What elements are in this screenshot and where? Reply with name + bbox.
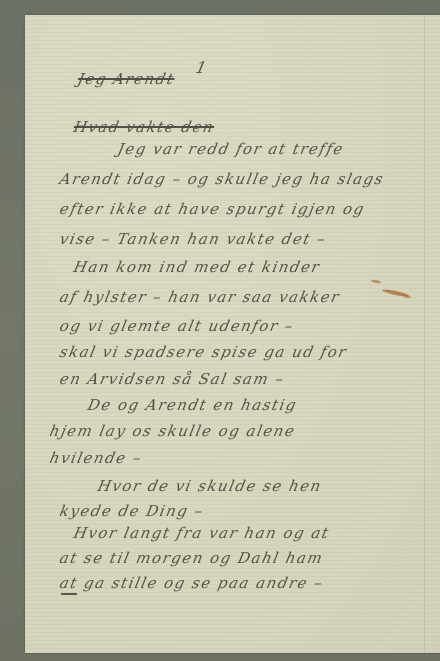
paper-fold-line — [424, 15, 425, 653]
manuscript-line-13: Hvor de vi skulde se hen — [96, 477, 324, 495]
manuscript-line-8: skal vi spadsere spise ga ud for — [58, 343, 349, 361]
ink-stain — [371, 279, 381, 284]
manuscript-line-14: kyede de Ding – — [58, 502, 206, 520]
manuscript-line-6: af hylster – han var saa vakker — [58, 288, 342, 306]
closing-dash — [61, 593, 77, 595]
manuscript-line-5: Han kom ind med et kinder — [72, 258, 322, 276]
manuscript-line-17: at ga stille og se paa andre – — [58, 574, 325, 592]
manuscript-line-15: Hvor langt fra var han og at — [72, 524, 331, 542]
manuscript-line-11: hjem lay os skulle og alene — [48, 422, 297, 440]
manuscript-line-9: en Arvidsen så Sal sam – — [58, 370, 286, 388]
manuscript-line-12: hvilende – — [48, 449, 144, 467]
struck-heading: Jeg Arendt — [76, 70, 176, 88]
manuscript-line-1: Jeg var redd for at treffe — [116, 140, 346, 158]
manuscript-line-16: at se til morgen og Dahl ham — [58, 549, 325, 567]
manuscript-line-3: efter ikke at have spurgt igjen og — [58, 200, 367, 218]
manuscript-line-10: De og Arendt en hastig — [86, 396, 299, 414]
struck-title: Hvad vakte den — [72, 118, 216, 136]
manuscript-line-7: og vi glemte alt udenfor – — [58, 317, 296, 335]
manuscript-line-4: vise – Tanken han vakte det – — [58, 230, 328, 248]
rust-stain-small — [403, 294, 411, 299]
manuscript-line-2: Arendt idag – og skulle jeg ha slags — [58, 170, 386, 188]
